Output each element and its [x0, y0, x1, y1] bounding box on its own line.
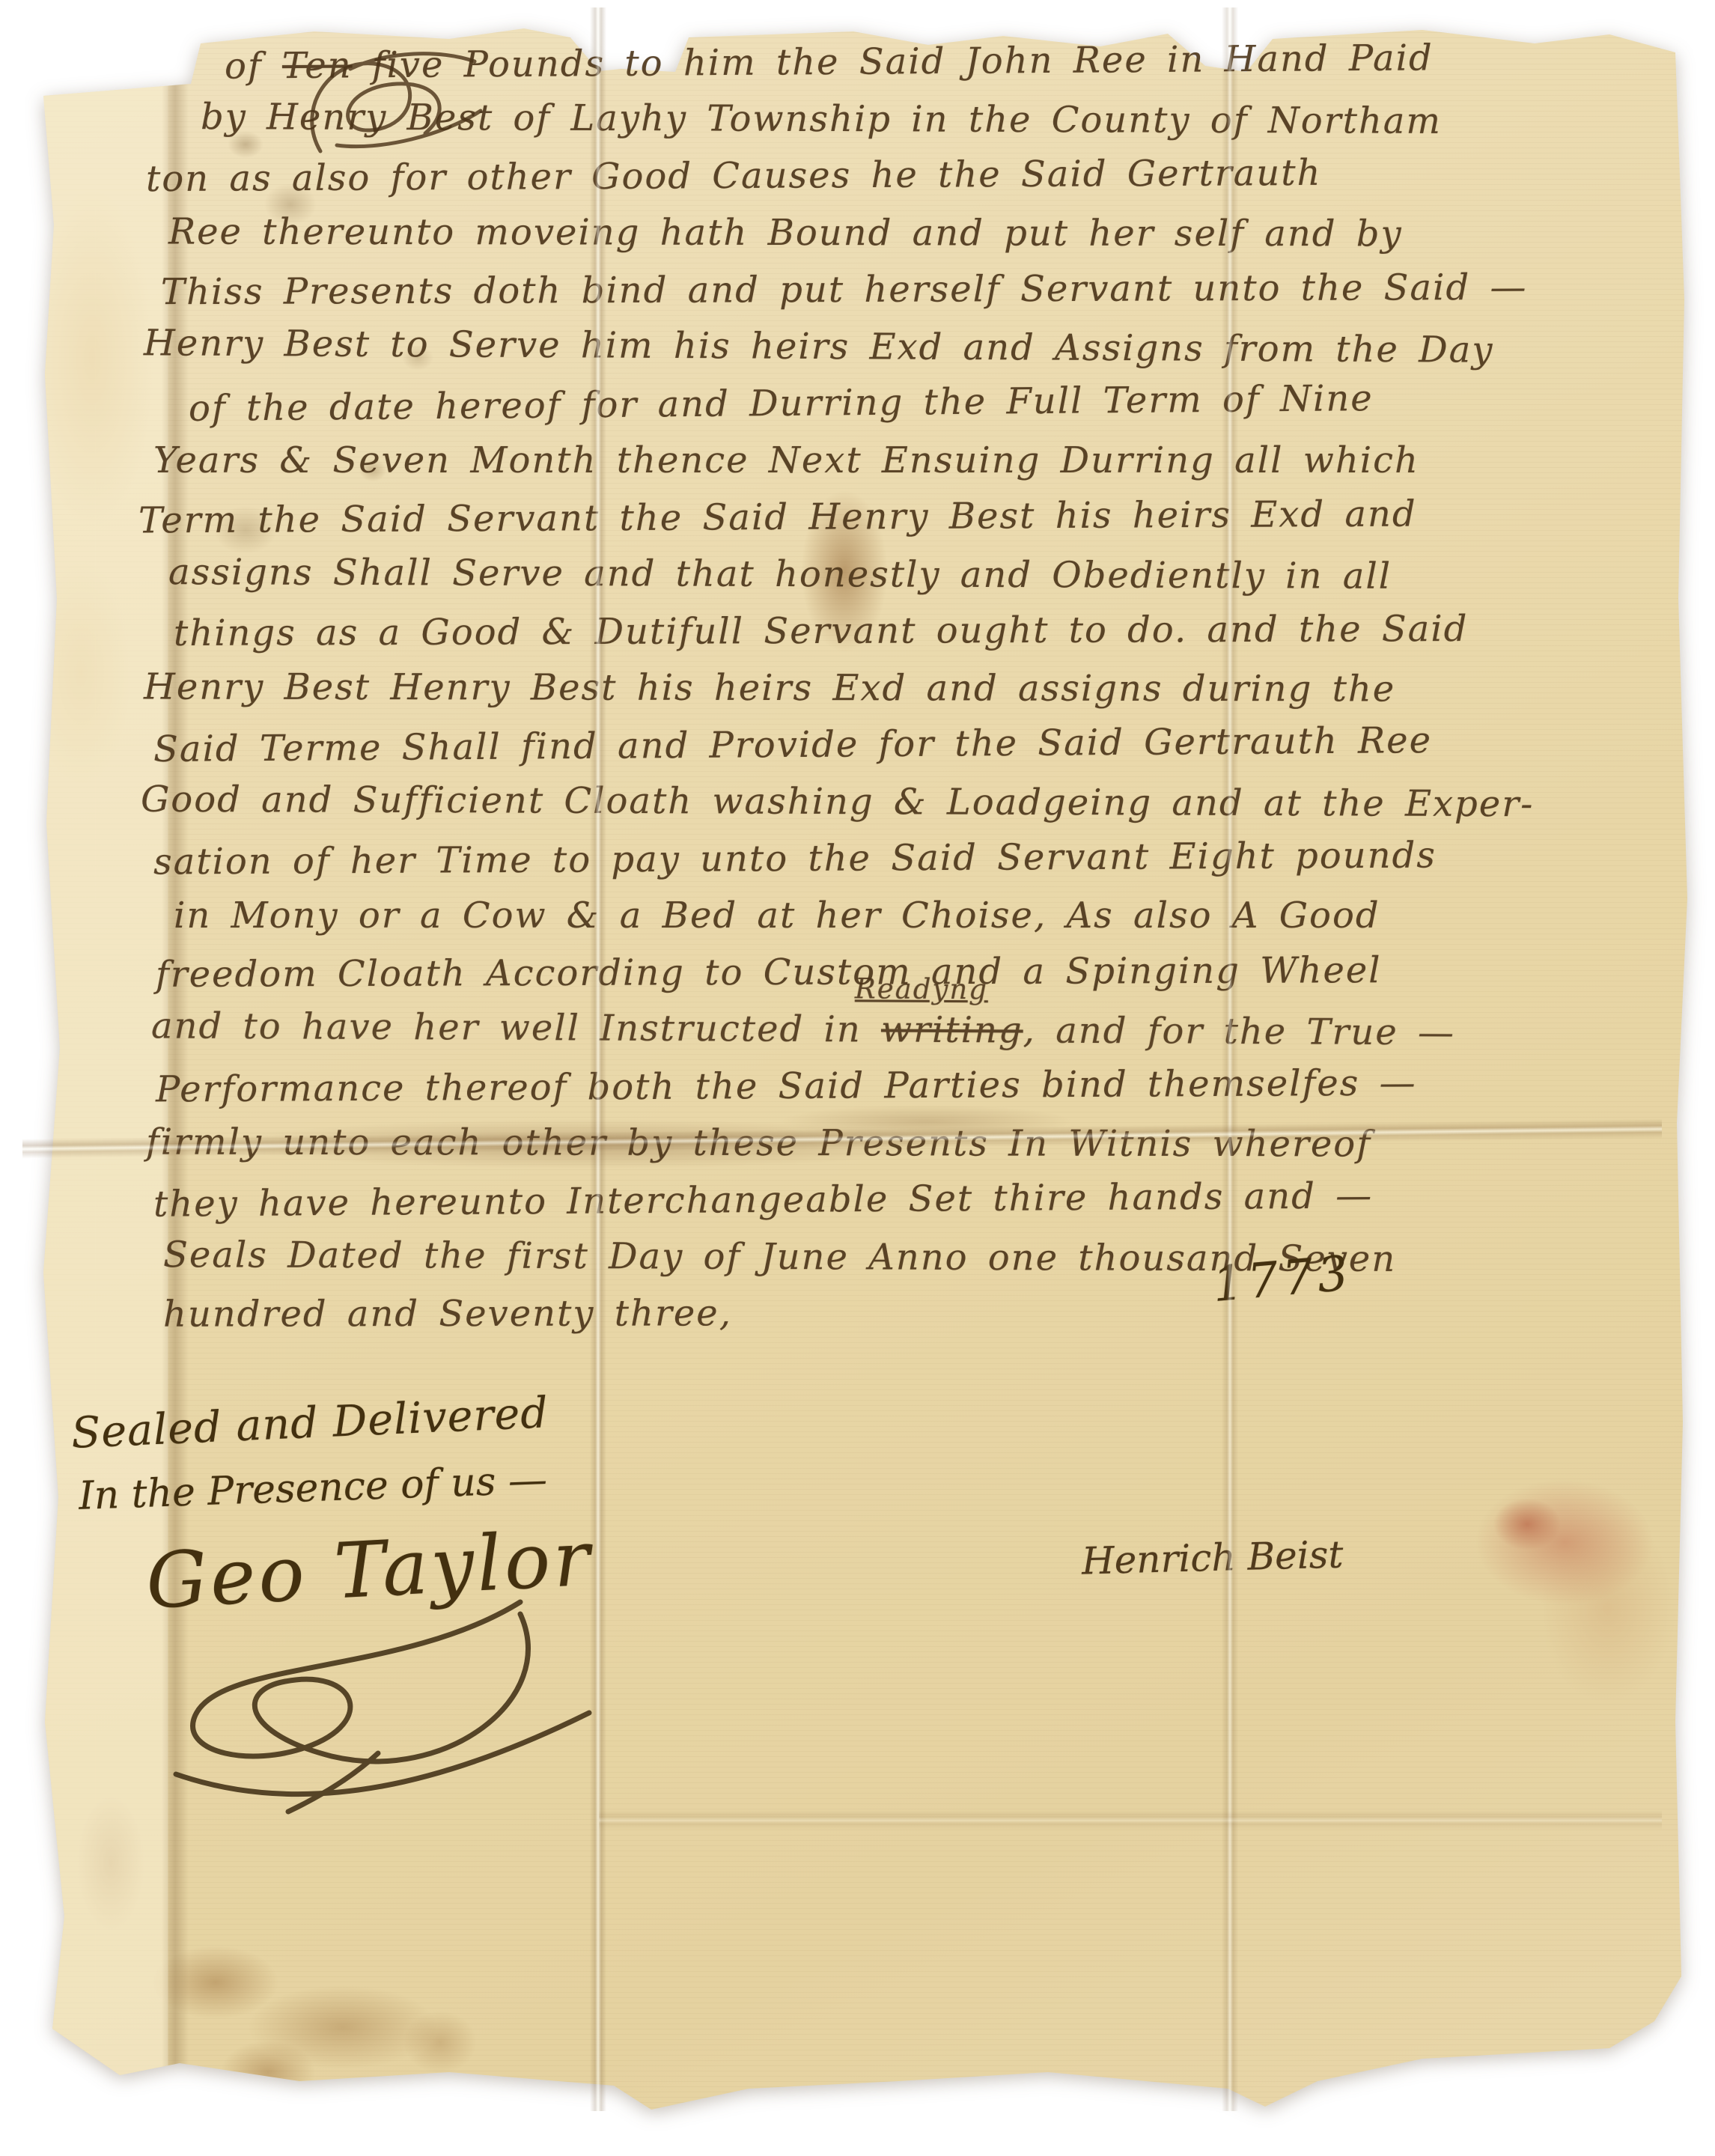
inserted-word: Readyng — [855, 972, 988, 1005]
manuscript-line: firmly unto each other by these Presents… — [146, 1121, 1371, 1166]
struck-word: writing — [881, 1009, 1023, 1052]
line-text: , and for the True — — [1023, 1010, 1456, 1054]
manuscript-line: Henry Best Henry Best his heirs Exd and … — [144, 666, 1395, 710]
manuscript-line: they have hereunto Interchangeable Set t… — [153, 1175, 1374, 1225]
manuscript-line: ton as also for other Good Causes he the… — [146, 152, 1322, 200]
manuscript-line: Term the Said Servant the Said Henry Bes… — [138, 493, 1417, 542]
struck-word: Ten — [282, 44, 353, 87]
manuscript-line: Good and Sufficient Cloath washing & Loa… — [141, 779, 1535, 825]
manuscript-line: by Henry Best of Layhy Township in the C… — [201, 96, 1442, 142]
manuscript-line: of Ten five Pounds to him the Said John … — [225, 37, 1434, 87]
manuscript-line: in Mony or a Cow & a Bed at her Choise, … — [174, 895, 1380, 937]
manuscript-line: Performance thereof both the Said Partie… — [156, 1062, 1417, 1111]
line-text: of — [225, 45, 282, 88]
manuscript-line: Thiss Presents doth bind and put herself… — [161, 267, 1528, 313]
manuscript-line: hundred and Seventy three, — [163, 1292, 732, 1335]
manuscript-line: and to have her well Instructed in writi… — [151, 1005, 1455, 1053]
manuscript-line: freedom Cloath According to Custom and a… — [156, 949, 1382, 996]
line-text: and to have her well Instructed in — [151, 1005, 881, 1050]
manuscript-line: Years & Seven Month thence Next Ensuing … — [153, 439, 1419, 481]
party-signature: Henrich Beist — [1081, 1532, 1344, 1583]
manuscript-line: Ree thereunto moveing hath Bound and put… — [168, 211, 1403, 255]
scanned-manuscript-page: of Ten five Pounds to him the Said John … — [0, 0, 1715, 2156]
manuscript-line: sation of her Time to pay unto the Said … — [153, 835, 1437, 883]
manuscript-line: things as a Good & Dutifull Servant ough… — [174, 608, 1469, 654]
manuscript-line: Said Terme Shall find and Provide for th… — [153, 719, 1432, 770]
manuscript-line: Henry Best to Serve him his heirs Exd an… — [144, 322, 1494, 371]
line-text: five Pounds to him the Said John Ree in … — [352, 37, 1434, 86]
manuscript-line: assigns Shall Serve and that honestly an… — [168, 551, 1392, 597]
